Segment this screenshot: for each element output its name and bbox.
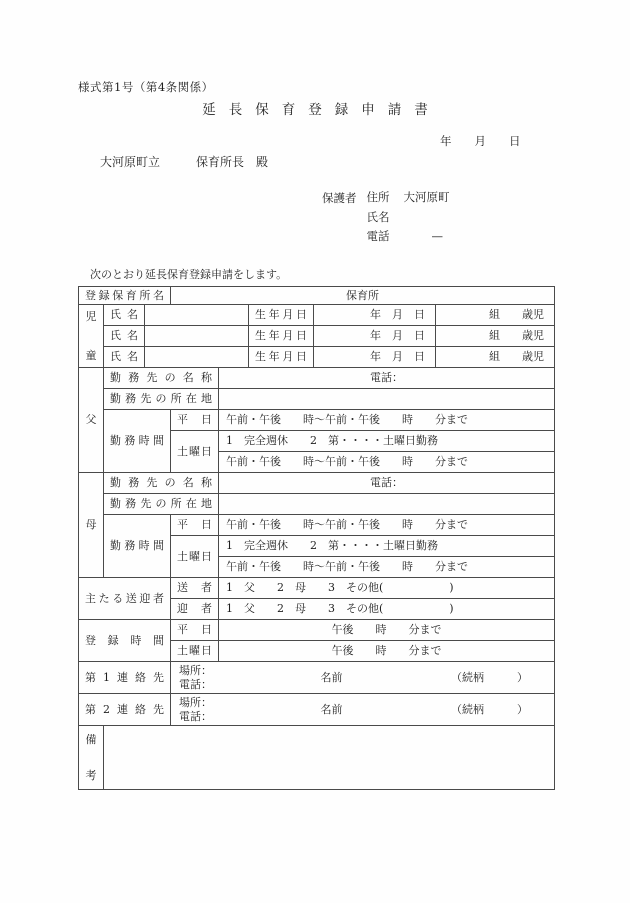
registered-time-label: 登録時間 [79,620,171,662]
registered-time-saturday-label: 土曜日 [171,641,219,662]
child-2-name-label: 氏名 [104,326,145,347]
father-saturday-label: 土曜日 [171,431,219,473]
guardian-address-value: 大河原町 [404,190,450,204]
transporter-label: 主たる送迎者 [79,578,171,620]
row-mother-weekday: 勤務時間 平日 午前・午後 時～午前・午後 時 分まで [79,515,555,536]
row-mother-workplace-name: 母 勤務先の名称 電話： [79,473,555,494]
father-work-hours-label: 勤務時間 [104,410,171,473]
mother-saturday-hours: 午前・午後 時～午前・午後 時 分まで [219,557,555,578]
notes-label-cell: 備 考 [79,726,104,790]
guardian-name-label: 氏名 [367,210,390,224]
father-saturday-option: 1 完全週休 2 第・・・・土曜日勤務 [219,431,555,452]
row-contact-2: 第2連絡先 場所： 電話： 名前 （続柄 ） [79,694,555,726]
father-workplace-name-label: 勤務先の名称 [104,368,219,389]
father-workplace-addr-label: 勤務先の所在地 [104,389,219,410]
contact-2-cell: 場所： 電話： 名前 （続柄 ） [171,694,555,726]
child-1-name-label: 氏名 [104,305,145,326]
father-weekday-hours: 午前・午後 時～午前・午後 時 分まで [219,410,555,431]
notes-label-char-top: 備 [86,733,97,746]
children-label-char-bottom: 童 [86,349,97,362]
child-2-dob-label: 生年月日 [249,326,314,347]
transporter-drop-options: 1 父 2 母 3 その他( ) [219,578,555,599]
guardian-lines: 住所大河原町 氏名 電話— [367,190,450,249]
transporter-pick-options: 1 父 2 母 3 その他( ) [219,599,555,620]
row-notes: 備 考 [79,726,555,790]
row-transporter-drop: 主たる送迎者 送者 1 父 2 母 3 その他( ) [79,578,555,599]
child-2-class-value: 組 歳児 [436,326,555,347]
row-father-weekday: 勤務時間 平日 午前・午後 時～午前・午後 時 分まで [79,410,555,431]
mother-label: 母 [79,473,104,578]
mother-workplace-tel: 電話： [219,473,555,494]
child-1-dob-label: 生年月日 [249,305,314,326]
form-title: 延長保育登録申請書 [0,98,630,118]
child-3-dob-value: 年 月 日 [314,347,436,368]
guardian-tel-line: 電話— [367,229,450,249]
mother-workplace-name-label: 勤務先の名称 [104,473,219,494]
contact-2-place-tel: 場所： 電話： [171,696,212,724]
guardian-name-line: 氏名 [367,210,450,230]
contact-1-tel-label: 電話： [179,678,212,692]
father-saturday-hours: 午前・午後 時～午前・午後 時 分まで [219,452,555,473]
contact-1-name-label: 名前 [321,671,343,684]
notes-label: 備 考 [79,728,103,788]
mother-work-hours-label: 勤務時間 [104,515,171,578]
registered-time-weekday-value: 午後 時 分まで [219,620,555,641]
children-label-cell: 児 童 [79,305,104,368]
registered-nursery-label: 登録保育所名 [79,287,171,305]
row-child-1: 児 童 氏名 生年月日 年 月 日 組 歳児 [79,305,555,326]
father-label: 父 [79,368,104,473]
row-registered-time-weekday: 登録時間 平日 午後 時 分まで [79,620,555,641]
notes-label-char-bottom: 考 [86,769,97,782]
child-3-name-label: 氏名 [104,347,145,368]
contact-1-place-label: 場所： [179,664,212,678]
notes-field [104,726,555,790]
row-father-workplace-name: 父 勤務先の名称 電話： [79,368,555,389]
application-table: 登録保育所名 保育所 児 童 氏名 生年月日 年 月 日 組 歳児 氏名 [78,286,555,790]
transporter-drop-label: 送者 [171,578,219,599]
guardian-tel-value: — [432,229,444,243]
mother-workplace-addr-label: 勤務先の所在地 [104,494,219,515]
contact-2-content: 場所： 電話： 名前 （続柄 ） [171,696,554,724]
row-child-2: 氏名 生年月日 年 月 日 組 歳児 [79,326,555,347]
mother-saturday-option: 1 完全週休 2 第・・・・土曜日勤務 [219,536,555,557]
child-3-dob-label: 生年月日 [249,347,314,368]
date-line: 年 月 日 [440,133,521,149]
row-registered-nursery: 登録保育所名 保育所 [79,287,555,305]
guardian-tel-label: 電話 [367,229,390,243]
father-weekday-label: 平日 [171,410,219,431]
father-workplace-tel: 電話： [219,368,555,389]
row-father-workplace-addr: 勤務先の所在地 [79,389,555,410]
contact-1-content: 場所： 電話： 名前 （続柄 ） [171,664,554,692]
child-2-name-field [145,326,249,347]
contact-2-place-label: 場所： [179,696,212,710]
intro-sentence: 次のとおり延長保育登録申請をします。 [90,266,287,282]
registered-time-weekday-label: 平日 [171,620,219,641]
child-1-dob-value: 年 月 日 [314,305,436,326]
contact-2-name-label: 名前 [321,703,343,716]
row-contact-1: 第1連絡先 場所： 電話： 名前 （続柄 ） [79,662,555,694]
contact-2-tel-label: 電話： [179,710,212,724]
contact-1-label: 第1連絡先 [79,662,171,694]
child-3-class-value: 組 歳児 [436,347,555,368]
father-workplace-addr-field [219,389,555,410]
children-label: 児 童 [79,306,103,366]
child-1-name-field [145,305,249,326]
guardian-label: 保護者 [322,190,357,249]
guardian-address-line: 住所大河原町 [367,190,450,210]
contact-1-cell: 場所： 電話： 名前 （続柄 ） [171,662,555,694]
registered-time-saturday-value: 午後 時 分まで [219,641,555,662]
guardian-address-label: 住所 [367,190,390,204]
mother-weekday-hours: 午前・午後 時～午前・午後 時 分まで [219,515,555,536]
registered-nursery-value: 保育所 [171,287,555,305]
child-3-name-field [145,347,249,368]
transporter-pick-label: 迎者 [171,599,219,620]
child-2-dob-value: 年 月 日 [314,326,436,347]
contact-2-relation: （続柄 ） [451,703,554,716]
guardian-block: 保護者 住所大河原町 氏名 電話— [322,190,450,249]
contact-2-label: 第2連絡先 [79,694,171,726]
children-label-char-top: 児 [86,310,97,323]
mother-weekday-label: 平日 [171,515,219,536]
child-1-class-value: 組 歳児 [436,305,555,326]
addressee-line: 大河原町立 保育所長 殿 [100,153,268,170]
contact-1-relation: （続柄 ） [451,671,554,684]
row-mother-workplace-addr: 勤務先の所在地 [79,494,555,515]
application-form-page: 様式第1号（第4条関係） 延長保育登録申請書 年 月 日 大河原町立 保育所長 … [0,0,630,903]
mother-saturday-label: 土曜日 [171,536,219,578]
mother-workplace-addr-field [219,494,555,515]
contact-1-place-tel: 場所： 電話： [171,664,212,692]
form-number: 様式第1号（第4条関係） [78,79,214,95]
row-child-3: 氏名 生年月日 年 月 日 組 歳児 [79,347,555,368]
